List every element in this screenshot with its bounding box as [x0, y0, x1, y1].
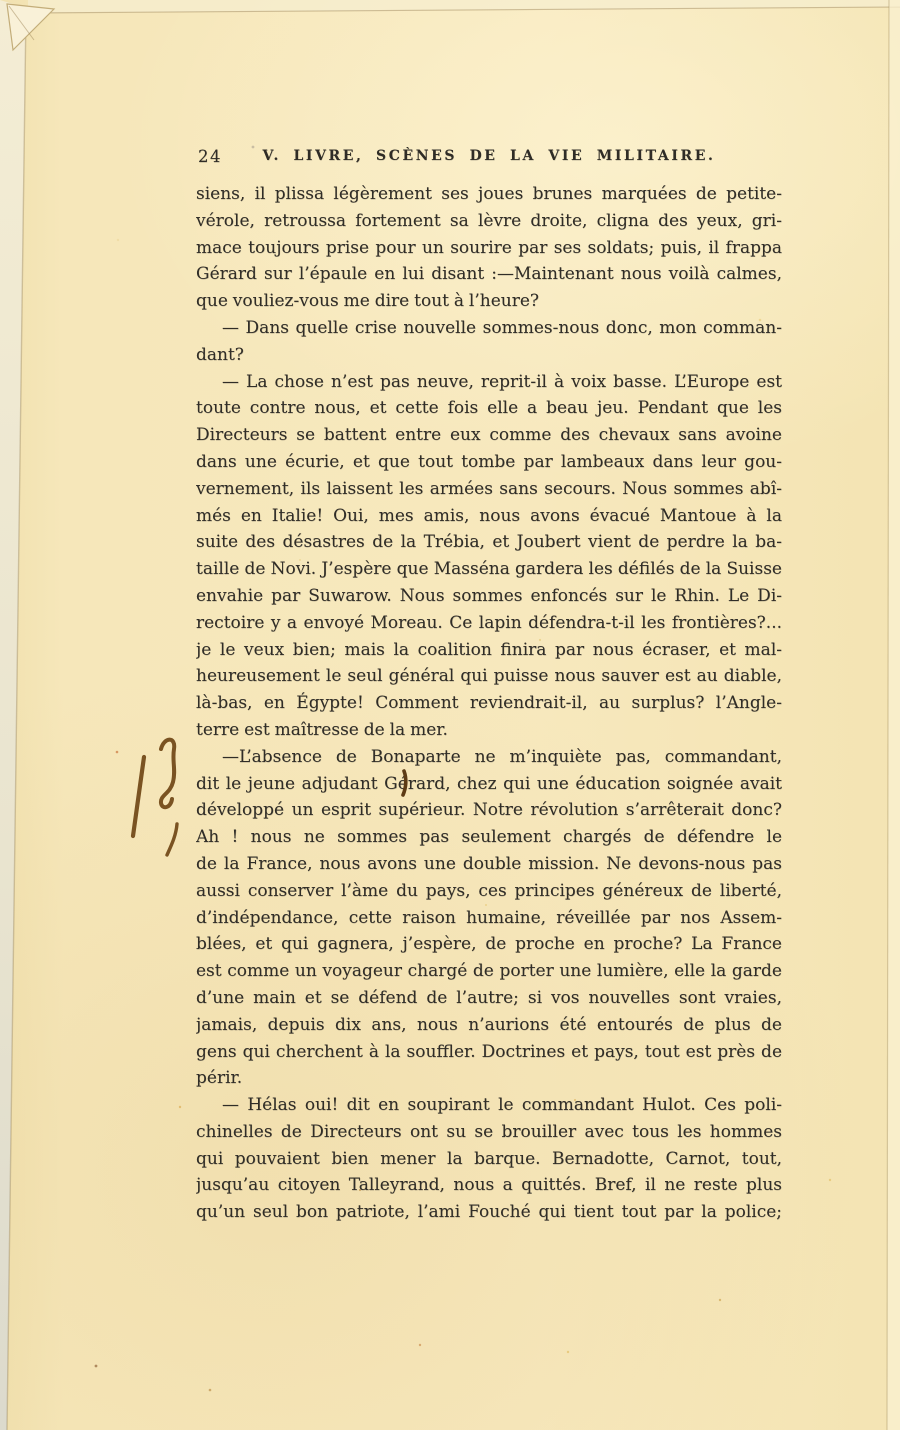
text-line: jusqu’au citoyen Talleyrand, nous a quit…	[196, 1172, 782, 1199]
text-line: dit le jeune adjudant Gérard, chez qui u…	[196, 771, 782, 798]
text-line: dant?	[196, 342, 782, 369]
text-line: terre est maîtresse de la mer.	[196, 717, 782, 744]
top-edge-line	[28, 7, 900, 13]
page-corner-fold	[7, 4, 54, 50]
text-line: qui pouvaient bien mener la barque. Bern…	[196, 1146, 782, 1173]
text-line: — Dans quelle crise nouvelle sommes-nous…	[196, 315, 782, 342]
text-line: — Hélas oui! dit en soupirant le command…	[196, 1092, 782, 1119]
text-line: développé un esprit supérieur. Notre rév…	[196, 797, 782, 824]
text-line: taille de Novi. J’espère que Masséna gar…	[196, 556, 782, 583]
text-line: vérole, retroussa fortement sa lèvre dro…	[196, 208, 782, 235]
text-line: aussi conserver l’àme du pays, ces princ…	[196, 878, 782, 905]
left-edge-line	[7, 10, 26, 1430]
text-line: toute contre nous, et cette fois elle a …	[196, 395, 782, 422]
ink-stroke-tail	[167, 824, 177, 855]
text-line: est comme un voyageur chargé de porter u…	[196, 958, 782, 985]
text-line: d’une main et se défend de l’autre; si v…	[196, 985, 782, 1012]
text-line: heureusement le seul général qui puisse …	[196, 663, 782, 690]
page-text: siens, il plissa légèrement ses joues br…	[196, 181, 782, 1226]
text-line: Ah ! nous ne sommes pas seulement chargé…	[196, 824, 782, 851]
text-line: blées, et qui gagnera, j’espère, de proc…	[196, 931, 782, 958]
text-line: mace toujours prise pour un sourire par …	[196, 235, 782, 262]
text-line: périr.	[196, 1065, 782, 1092]
page-background: { "page": { "number": "24", "running_tit…	[0, 0, 900, 1430]
text-line: gens qui cherchent à la souffler. Doctri…	[196, 1039, 782, 1066]
text-line: — La chose n’est pas neuve, reprit-il à …	[196, 369, 782, 396]
running-header: V. LIVRE, SCÈNES DE LA VIE MILITAIRE.	[196, 148, 782, 164]
text-line: que vouliez-vous me dire tout à l’heure?	[196, 288, 782, 315]
fold-crease-line	[9, 6, 34, 40]
text-line: jamais, depuis dix ans, nous n’aurions é…	[196, 1012, 782, 1039]
ink-stroke-eight	[161, 740, 174, 808]
text-line: rectoire y a envoyé Moreau. Ce lapin déf…	[196, 610, 782, 637]
text-line: dans une écurie, et que tout tombe par l…	[196, 449, 782, 476]
text-line: chinelles de Directeurs ont su se brouil…	[196, 1119, 782, 1146]
text-line: de la France, nous avons une double miss…	[196, 851, 782, 878]
text-line: d’indépendance, cette raison humaine, ré…	[196, 905, 782, 932]
scanned-page: 24 V. LIVRE, SCÈNES DE LA VIE MILITAIRE.…	[0, 0, 900, 1430]
text-line: là-bas, en Égypte! Comment reviendrait-i…	[196, 690, 782, 717]
text-line: més en Italie! Oui, mes amis, nous avons…	[196, 503, 782, 530]
text-line: siens, il plissa légèrement ses joues br…	[196, 181, 782, 208]
text-line: vernement, ils laissent les armées sans …	[196, 476, 782, 503]
text-line: qu’un seul bon patriote, l’ami Fouché qu…	[196, 1199, 782, 1226]
top-page-edge	[28, 0, 900, 13]
ink-stroke-one	[133, 757, 144, 836]
right-edge-line	[887, 0, 889, 1430]
text-line: —L’absence de Bonaparte ne m’inquiète pa…	[196, 744, 782, 771]
right-page-edge	[887, 0, 900, 1430]
text-line: suite des désastres de la Trébia, et Jou…	[196, 529, 782, 556]
text-line: je le veux bien; mais la coalition finir…	[196, 637, 782, 664]
text-line: Directeurs se battent entre eux comme de…	[196, 422, 782, 449]
text-line: Gérard sur l’épaule en lui disant :—Main…	[196, 261, 782, 288]
page-header: 24 V. LIVRE, SCÈNES DE LA VIE MILITAIRE.	[196, 145, 782, 169]
left-page-edge	[0, 0, 26, 1430]
text-line: envahie par Suwarow. Nous sommes enfoncé…	[196, 583, 782, 610]
